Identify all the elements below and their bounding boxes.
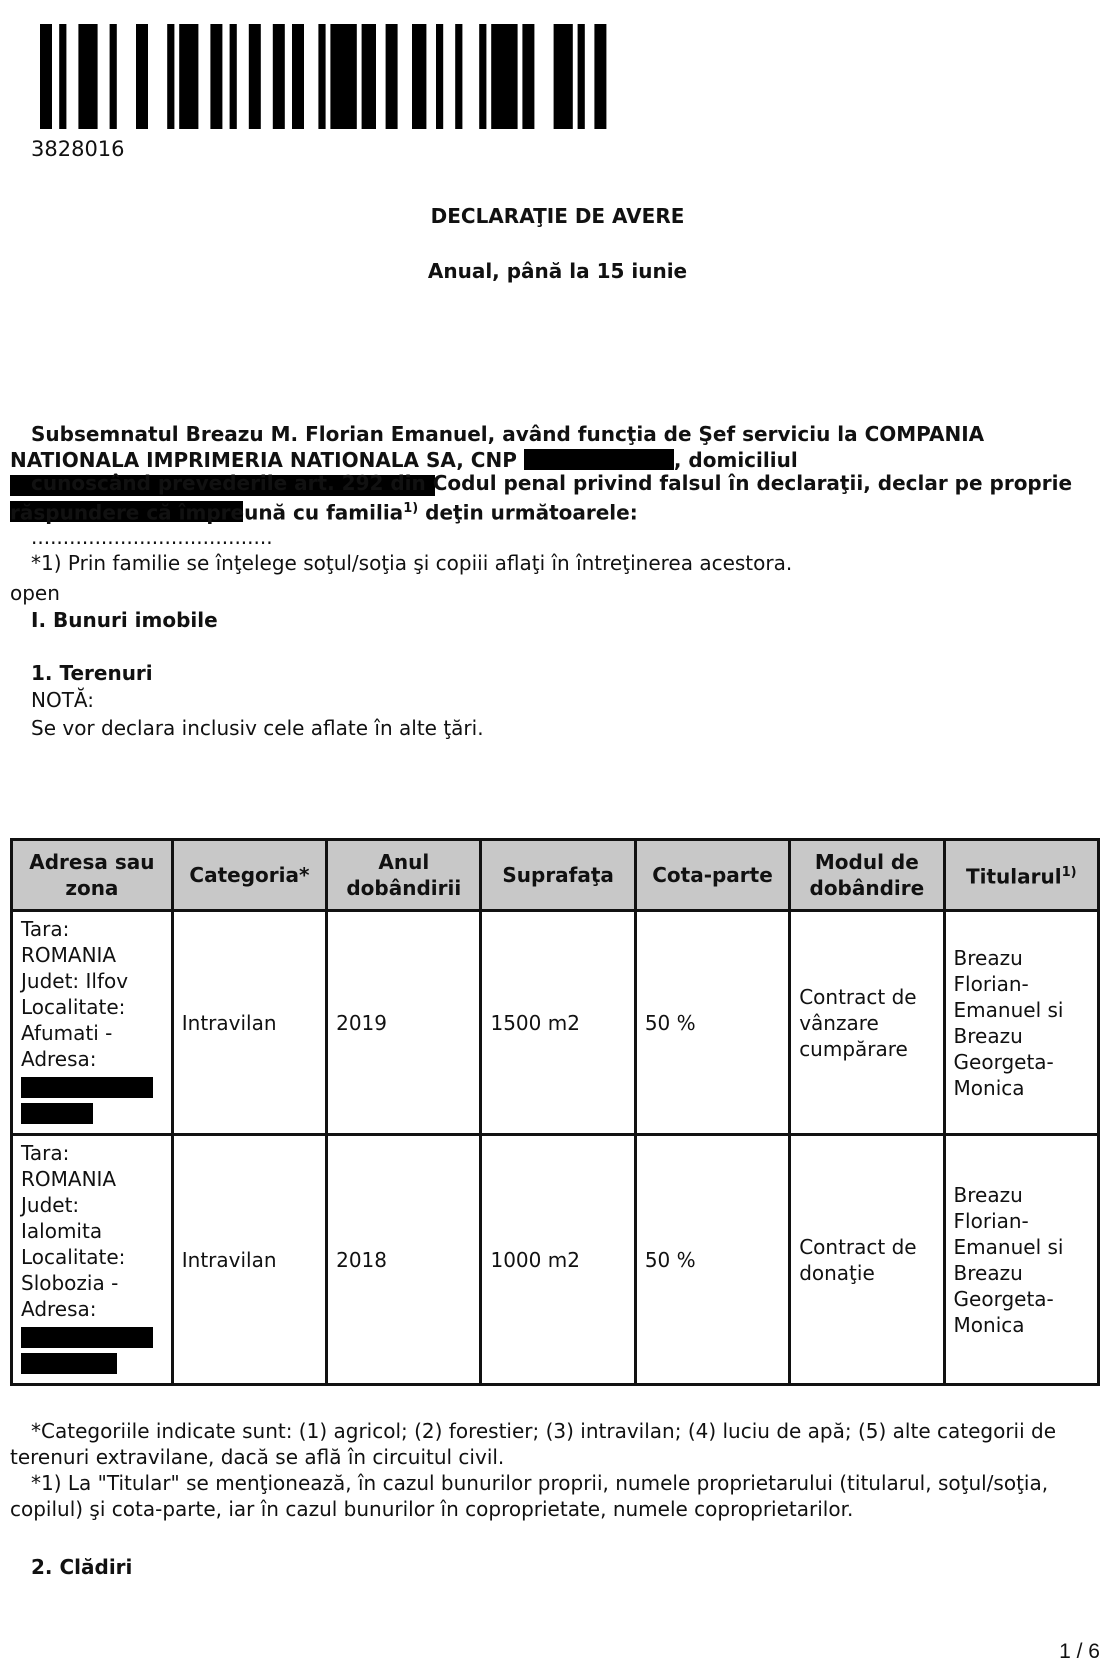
cell-year: 2018 (327, 1135, 481, 1385)
table-row: Tara: ROMANIA Judet: Ilfov Localitate: A… (12, 911, 1099, 1135)
section-heading: I. Bunuri imobile (31, 608, 218, 632)
next-section-heading: 2. Clădiri (31, 1555, 132, 1579)
footnotes: *Categoriile indicate sunt: (1) agricol;… (10, 1418, 1100, 1522)
table-row: Tara: ROMANIA Judet: Ialomita Localitate… (12, 1135, 1099, 1385)
header-year: Anul dobândirii (327, 840, 481, 911)
header-share: Cota-parte (635, 840, 789, 911)
redacted-cnp (524, 449, 674, 470)
barcode-number: 3828016 (31, 137, 125, 161)
header-address: Adresa sau zona (12, 840, 173, 911)
cell-address: Tara: ROMANIA Judet: Ilfov Localitate: A… (12, 911, 173, 1135)
cell-share: 50 % (635, 911, 789, 1135)
open-label: open (10, 581, 60, 605)
subsection-heading: 1. Terenuri (31, 661, 153, 685)
note-text: Se vor declara inclusiv cele aflate în a… (31, 716, 484, 740)
cell-share: 50 % (635, 1135, 789, 1385)
cell-category: Intravilan (172, 911, 326, 1135)
cell-category: Intravilan (172, 1135, 326, 1385)
note-label: NOTĂ: (31, 688, 94, 712)
document-subtitle: Anual, până la 15 iunie (0, 259, 1115, 283)
header-mode: Modul de dobândire (790, 840, 944, 911)
footnote-categories: *Categoriile indicate sunt: (1) agricol;… (10, 1418, 1100, 1470)
redacted-address (21, 1327, 153, 1348)
redacted-address-cont (21, 1353, 117, 1374)
redacted-address (21, 1077, 153, 1098)
header-category: Categoria* (172, 840, 326, 911)
cell-address: Tara: ROMANIA Judet: Ialomita Localitate… (12, 1135, 173, 1385)
cell-area: 1500 m2 (481, 911, 635, 1135)
cell-mode: Contract de vânzare cumpărare (790, 911, 944, 1135)
dotted-line: ...................................... (31, 525, 273, 549)
header-area: Suprafaţa (481, 840, 635, 911)
cell-area: 1000 m2 (481, 1135, 635, 1385)
document-title: DECLARAŢIE DE AVERE (0, 204, 1115, 228)
header-holder: Titularul1) (944, 840, 1098, 911)
page-indicator: 1 / 6 (1059, 1640, 1100, 1664)
barcode-icon (40, 24, 610, 129)
cell-year: 2019 (327, 911, 481, 1135)
family-note: *1) Prin familie se înţelege soţul/soţia… (31, 551, 792, 575)
footnote-titular: *1) La "Titular" se menţionează, în cazu… (10, 1470, 1100, 1522)
cell-mode: Contract de donaţie (790, 1135, 944, 1385)
cell-holder: Breazu Florian-Emanuel si Breazu Georget… (944, 1135, 1098, 1385)
table-header-row: Adresa sau zona Categoria* Anul dobândir… (12, 840, 1099, 911)
cell-holder: Breazu Florian-Emanuel si Breazu Georget… (944, 911, 1098, 1135)
land-table: Adresa sau zona Categoria* Anul dobândir… (10, 838, 1100, 1386)
redacted-address-cont (21, 1103, 93, 1124)
declaration-statement: cunoscând prevederile art. 292 din Codul… (10, 470, 1100, 526)
